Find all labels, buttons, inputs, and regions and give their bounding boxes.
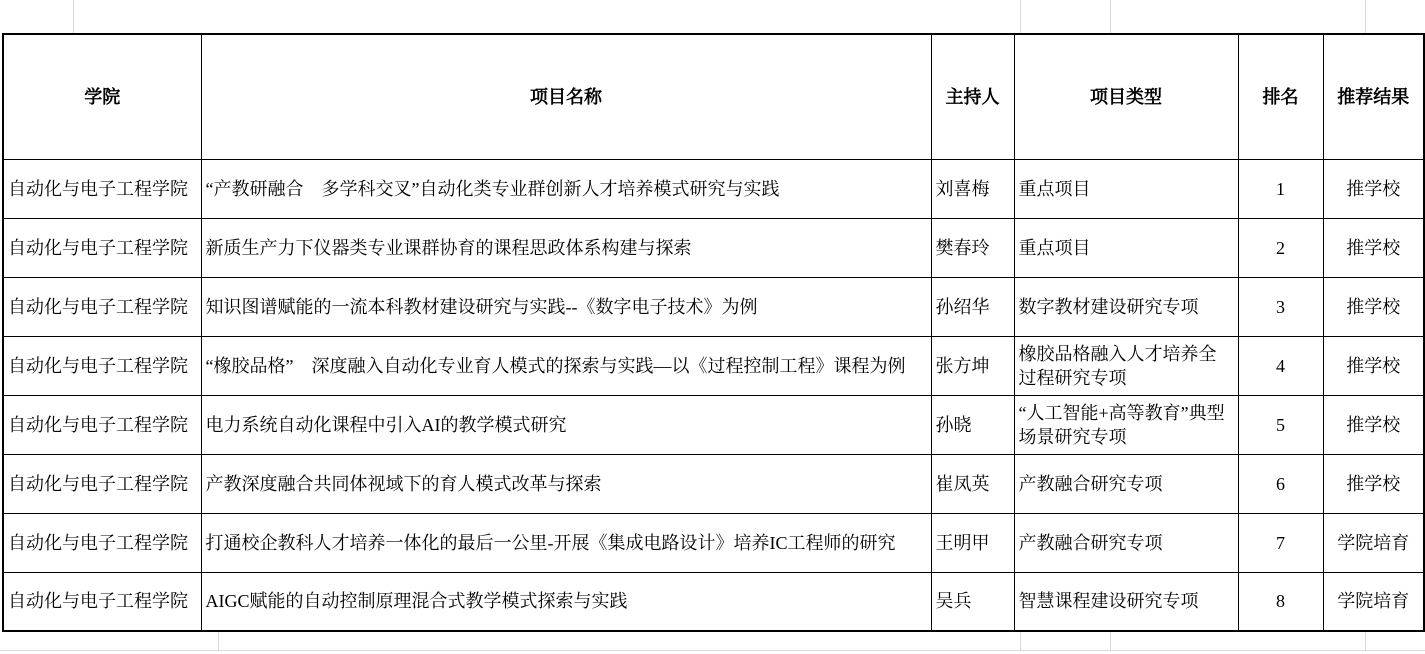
gridline — [1020, 0, 1021, 33]
cell-project-type: 数字教材建设研究专项 — [1014, 277, 1238, 336]
col-header-leader: 主持人 — [931, 34, 1014, 159]
cell-leader: 孙绍华 — [931, 277, 1014, 336]
cell-recommendation: 推学校 — [1323, 159, 1424, 218]
table-row: 自动化与电子工程学院 新质生产力下仪器类专业课群协育的课程思政体系构建与探索 樊… — [3, 218, 1424, 277]
cell-leader: 王明甲 — [931, 513, 1014, 572]
cell-rank: 8 — [1238, 572, 1323, 631]
table-row: 自动化与电子工程学院 AIGC赋能的自动控制原理混合式教学模式探索与实践 吴兵 … — [3, 572, 1424, 631]
cell-college: 自动化与电子工程学院 — [3, 336, 201, 395]
cell-project-name: 新质生产力下仪器类专业课群协育的课程思政体系构建与探索 — [201, 218, 931, 277]
gridline — [1365, 0, 1366, 33]
cell-rank: 7 — [1238, 513, 1323, 572]
cell-rank: 5 — [1238, 395, 1323, 454]
table-row: 自动化与电子工程学院 电力系统自动化课程中引入AI的教学模式研究 孙晓 “人工智… — [3, 395, 1424, 454]
cell-college: 自动化与电子工程学院 — [3, 159, 201, 218]
col-header-project-name: 项目名称 — [201, 34, 931, 159]
gridline — [218, 630, 219, 650]
gridline — [1110, 630, 1111, 650]
col-header-rank: 排名 — [1238, 34, 1323, 159]
cell-project-name: 电力系统自动化课程中引入AI的教学模式研究 — [201, 395, 931, 454]
cell-project-name: 知识图谱赋能的一流本科教材建设研究与实践--《数字电子技术》为例 — [201, 277, 931, 336]
cell-project-type: 重点项目 — [1014, 218, 1238, 277]
gridline — [1110, 0, 1111, 33]
cell-recommendation: 推学校 — [1323, 277, 1424, 336]
cell-rank: 2 — [1238, 218, 1323, 277]
cell-college: 自动化与电子工程学院 — [3, 454, 201, 513]
cell-project-type: 产教融合研究专项 — [1014, 454, 1238, 513]
gridline — [73, 0, 74, 33]
cell-recommendation: 学院培育 — [1323, 513, 1424, 572]
cell-project-type: “人工智能+高等教育”典型场景研究专项 — [1014, 395, 1238, 454]
col-header-project-type: 项目类型 — [1014, 34, 1238, 159]
gridline — [0, 650, 1425, 651]
cell-project-name: 产教深度融合共同体视域下的育人模式改革与探索 — [201, 454, 931, 513]
cell-project-type: 橡胶品格融入人才培养全过程研究专项 — [1014, 336, 1238, 395]
spreadsheet-canvas: 学院 项目名称 主持人 项目类型 排名 推荐结果 自动化与电子工程学院 “产教研… — [0, 0, 1425, 654]
cell-recommendation: 推学校 — [1323, 454, 1424, 513]
cell-rank: 6 — [1238, 454, 1323, 513]
cell-leader: 樊春玲 — [931, 218, 1014, 277]
col-header-recommendation: 推荐结果 — [1323, 34, 1424, 159]
table-row: 自动化与电子工程学院 打通校企教科人才培养一体化的最后一公里-开展《集成电路设计… — [3, 513, 1424, 572]
cell-leader: 崔凤英 — [931, 454, 1014, 513]
cell-project-type: 智慧课程建设研究专项 — [1014, 572, 1238, 631]
table-row: 自动化与电子工程学院 知识图谱赋能的一流本科教材建设研究与实践--《数字电子技术… — [3, 277, 1424, 336]
cell-project-type: 重点项目 — [1014, 159, 1238, 218]
cell-leader: 吴兵 — [931, 572, 1014, 631]
cell-project-name: AIGC赋能的自动控制原理混合式教学模式探索与实践 — [201, 572, 931, 631]
cell-college: 自动化与电子工程学院 — [3, 218, 201, 277]
cell-recommendation: 推学校 — [1323, 395, 1424, 454]
cell-leader: 孙晓 — [931, 395, 1014, 454]
cell-college: 自动化与电子工程学院 — [3, 395, 201, 454]
cell-project-name: “橡胶品格” 深度融入自动化专业育人模式的探索与实践—以《过程控制工程》课程为例 — [201, 336, 931, 395]
col-header-college: 学院 — [3, 34, 201, 159]
cell-project-name: “产教研融合 多学科交叉”自动化类专业群创新人才培养模式研究与实践 — [201, 159, 931, 218]
cell-rank: 4 — [1238, 336, 1323, 395]
cell-college: 自动化与电子工程学院 — [3, 513, 201, 572]
cell-rank: 1 — [1238, 159, 1323, 218]
gridline — [1365, 630, 1366, 650]
cell-recommendation: 学院培育 — [1323, 572, 1424, 631]
cell-rank: 3 — [1238, 277, 1323, 336]
projects-table: 学院 项目名称 主持人 项目类型 排名 推荐结果 自动化与电子工程学院 “产教研… — [2, 33, 1425, 632]
cell-leader: 张方坤 — [931, 336, 1014, 395]
table-row: 自动化与电子工程学院 “产教研融合 多学科交叉”自动化类专业群创新人才培养模式研… — [3, 159, 1424, 218]
cell-college: 自动化与电子工程学院 — [3, 572, 201, 631]
table-row: 自动化与电子工程学院 “橡胶品格” 深度融入自动化专业育人模式的探索与实践—以《… — [3, 336, 1424, 395]
cell-leader: 刘喜梅 — [931, 159, 1014, 218]
table-row: 自动化与电子工程学院 产教深度融合共同体视域下的育人模式改革与探索 崔凤英 产教… — [3, 454, 1424, 513]
cell-college: 自动化与电子工程学院 — [3, 277, 201, 336]
cell-project-type: 产教融合研究专项 — [1014, 513, 1238, 572]
table-header-row: 学院 项目名称 主持人 项目类型 排名 推荐结果 — [3, 34, 1424, 159]
gridline — [1020, 630, 1021, 650]
cell-project-name: 打通校企教科人才培养一体化的最后一公里-开展《集成电路设计》培养IC工程师的研究 — [201, 513, 931, 572]
cell-recommendation: 推学校 — [1323, 218, 1424, 277]
cell-recommendation: 推学校 — [1323, 336, 1424, 395]
